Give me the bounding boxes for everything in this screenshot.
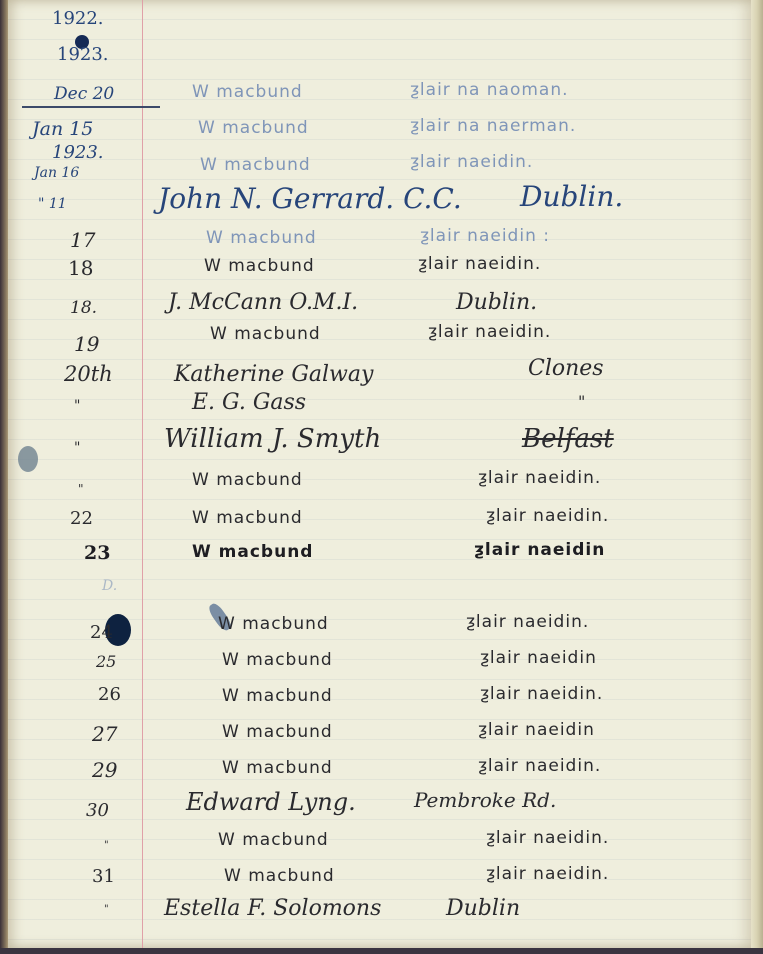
entry-name: W macbund xyxy=(206,228,317,248)
year-divider-rule xyxy=(22,106,160,108)
year-1922: 1922. xyxy=(52,8,104,29)
entry-date: " xyxy=(104,904,109,915)
entry-name: W macbund xyxy=(222,686,333,706)
entry-name: W macbund xyxy=(210,324,321,344)
entry-date: 1923. xyxy=(52,142,104,163)
entry-place: Belfast xyxy=(522,424,614,454)
entry-date: D. xyxy=(102,578,117,594)
entry-date: Jan 15 xyxy=(32,118,93,140)
entry-name: E. G. Gass xyxy=(192,390,306,415)
entry-date: " xyxy=(78,482,84,496)
entry-date: 18. xyxy=(70,298,97,318)
ink-smudge-left xyxy=(18,446,38,472)
entry-place: ƺlair naeidin. xyxy=(486,506,609,526)
entry-name: J. McCann O.M.I. xyxy=(168,290,358,315)
entry-date: 25 xyxy=(96,652,116,671)
entry-date: 17 xyxy=(70,228,95,252)
entry-date: " xyxy=(74,440,80,456)
entry-name: W macbund xyxy=(198,118,309,138)
entry-name: W macbund xyxy=(218,830,329,850)
entry-place: ƺlair naeidin xyxy=(478,720,595,740)
entry-name: W macbund xyxy=(192,470,303,490)
entry-place: Dublin. xyxy=(456,290,537,315)
entry-name: W macbund xyxy=(204,256,315,276)
entry-name: W macbund xyxy=(222,758,333,778)
entry-place: ƺlair naeidin. xyxy=(478,468,601,488)
entry-place: ƺlair naeidin. xyxy=(428,322,551,342)
entry-date: 31 xyxy=(92,866,115,887)
entry-name: Edward Lyng. xyxy=(186,788,356,816)
entry-date: 19 xyxy=(74,332,99,356)
entry-name: William J. Smyth xyxy=(164,424,381,454)
page-edge xyxy=(751,0,763,954)
margin-rule xyxy=(142,0,143,948)
entry-place: ƺlair naeidin. xyxy=(480,684,603,704)
entry-name: W macbund xyxy=(222,650,333,670)
entry-place: ƺlair naeidin. xyxy=(486,828,609,848)
entry-name: Estella F. Solomons xyxy=(164,896,381,921)
year-1923: 1923. xyxy=(57,44,109,65)
entry-place: ƺlair naeidin : xyxy=(420,226,550,246)
entry-place: ƺlair naeidin. xyxy=(418,254,541,274)
ledger-page xyxy=(8,0,755,948)
entry-date: Jan 16 xyxy=(34,165,79,181)
entry-date: " xyxy=(74,398,80,414)
entry-place: Clones xyxy=(528,356,604,381)
entry-date: 23 xyxy=(84,542,110,564)
entry-date: " xyxy=(104,840,109,851)
entry-name: W macbund xyxy=(218,614,329,634)
entry-place: Dublin. xyxy=(520,180,623,213)
entry-date: 27 xyxy=(92,722,117,746)
entry-name: W macbund xyxy=(200,155,311,175)
entry-name: W macbund xyxy=(224,866,335,886)
entry-date: 26 xyxy=(98,684,121,705)
book-cover-edge xyxy=(0,948,763,954)
entry-place: Dublin xyxy=(446,896,520,921)
entry-place: ƺlair na naerman. xyxy=(410,116,576,136)
entry-place: ƺlair naeidin. xyxy=(478,756,601,776)
entry-date: 20th xyxy=(64,362,113,386)
entry-place: " xyxy=(578,392,585,411)
entry-date: 22 xyxy=(70,508,93,529)
entry-place: ƺlair naeidin. xyxy=(486,864,609,884)
entry-place: ƺlair naeidin. xyxy=(410,152,533,172)
entry-name: W macbund xyxy=(222,722,333,742)
entry-name: John N. Gerrard. C.C. xyxy=(158,182,462,215)
entry-place: ƺlair naeidin xyxy=(480,648,597,668)
entry-date: 18 xyxy=(68,256,93,280)
entry-place: Pembroke Rd. xyxy=(414,788,556,812)
entry-place: ƺlair naeidin. xyxy=(466,612,589,632)
entry-place: ƺlair na naoman. xyxy=(410,80,569,100)
entry-date: 29 xyxy=(92,758,117,782)
entry-name: W macbund xyxy=(192,82,303,102)
entry-date: 30 xyxy=(86,800,109,821)
entry-date: 24 xyxy=(90,622,113,643)
entry-name: W macbund xyxy=(192,508,303,528)
entry-name: Katherine Galway xyxy=(174,362,373,387)
entry-name: W macbund xyxy=(192,542,313,562)
entry-place: ƺlair naeidin xyxy=(474,540,605,560)
entry-date: Dec 20 xyxy=(54,84,114,104)
entry-date: " 11 xyxy=(38,196,67,212)
